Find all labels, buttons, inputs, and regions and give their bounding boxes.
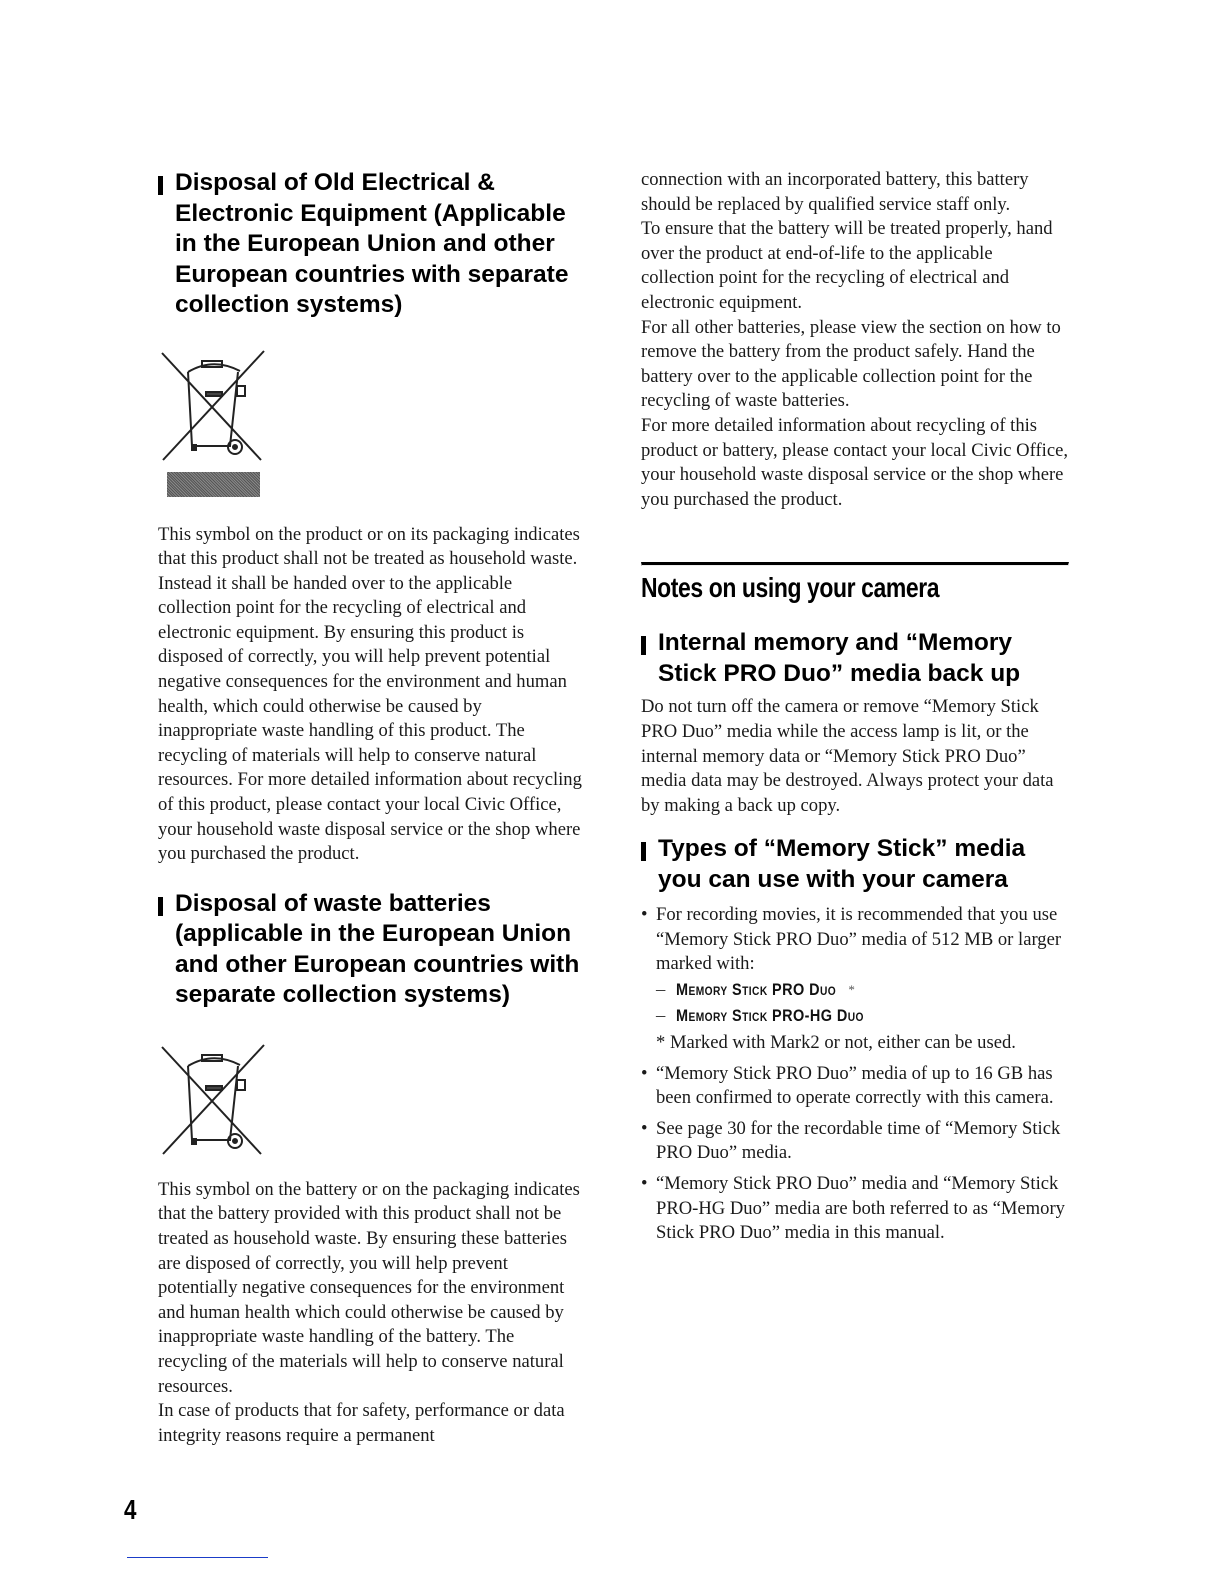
crossed-out-wheelie-bin-icon: [158, 1043, 268, 1158]
weee-paragraph: This symbol on the product or on its pac…: [158, 523, 583, 867]
continued-paragraph-4: For more detailed information about recy…: [641, 414, 1069, 512]
backup-heading: Internal memory and “Memory Stick PRO Du…: [641, 628, 1069, 689]
media-logo-item: – Memory Stick PRO Duo *: [656, 977, 1069, 1003]
heading-bar-marker: [641, 842, 646, 861]
page-number: 4: [124, 1494, 136, 1526]
battery-paragraphs: This symbol on the battery or on the pac…: [158, 1178, 583, 1449]
battery-paragraph-1: This symbol on the battery or on the pac…: [158, 1178, 583, 1399]
media-logo-item: – Memory Stick PRO-HG Duo: [656, 1003, 1069, 1029]
continued-paragraph-2: To ensure that the battery will be treat…: [641, 217, 1069, 315]
section-divider: [641, 562, 1069, 566]
backup-paragraph: Do not turn off the camera or remove “Me…: [641, 695, 1069, 818]
heading-bar-marker: [158, 176, 163, 195]
bullet-icon: •: [641, 1117, 648, 1142]
heading-bar-marker: [641, 636, 646, 655]
list-item: • “Memory Stick PRO Duo” media of up to …: [641, 1062, 1069, 1111]
right-column: connection with an incorporated battery,…: [641, 168, 1069, 1252]
weee-heading: Disposal of Old Electrical & Electronic …: [158, 168, 583, 321]
memory-stick-pro-duo-logo: Memory Stick PRO Duo: [676, 978, 836, 1003]
solid-bar-mark: [167, 472, 260, 497]
footer-rule: [127, 1557, 268, 1558]
section-title: Notes on using your camera: [641, 572, 992, 604]
crossed-out-wheelie-bin-icon: [158, 349, 268, 464]
memory-stick-pro-hg-duo-logo: Memory Stick PRO-HG Duo: [676, 1004, 864, 1029]
battery-continued: connection with an incorporated battery,…: [641, 168, 1069, 512]
list-item: • For recording movies, it is recommende…: [641, 903, 1069, 1055]
continued-paragraph-1: connection with an incorporated battery,…: [641, 168, 1069, 217]
footnote: * Marked with Mark2 or not, either can b…: [656, 1031, 1069, 1056]
continued-paragraph-3: For all other batteries, please view the…: [641, 316, 1069, 414]
asterisk-mark: *: [848, 978, 855, 1003]
heading-bar-marker: [158, 897, 163, 916]
list-item: • “Memory Stick PRO Duo” media and “Memo…: [641, 1172, 1069, 1246]
battery-heading: Disposal of waste batteries (applicable …: [158, 889, 583, 1011]
types-heading: Types of “Memory Stick” media you can us…: [641, 834, 1069, 895]
bullet-icon: •: [641, 903, 648, 928]
left-column: Disposal of Old Electrical & Electronic …: [158, 168, 583, 1448]
list-item: • See page 30 for the recordable time of…: [641, 1117, 1069, 1166]
bullet-icon: •: [641, 1172, 648, 1197]
types-list: • For recording movies, it is recommende…: [641, 903, 1069, 1246]
battery-paragraph-2: In case of products that for safety, per…: [158, 1399, 583, 1448]
bullet-icon: •: [641, 1062, 648, 1087]
